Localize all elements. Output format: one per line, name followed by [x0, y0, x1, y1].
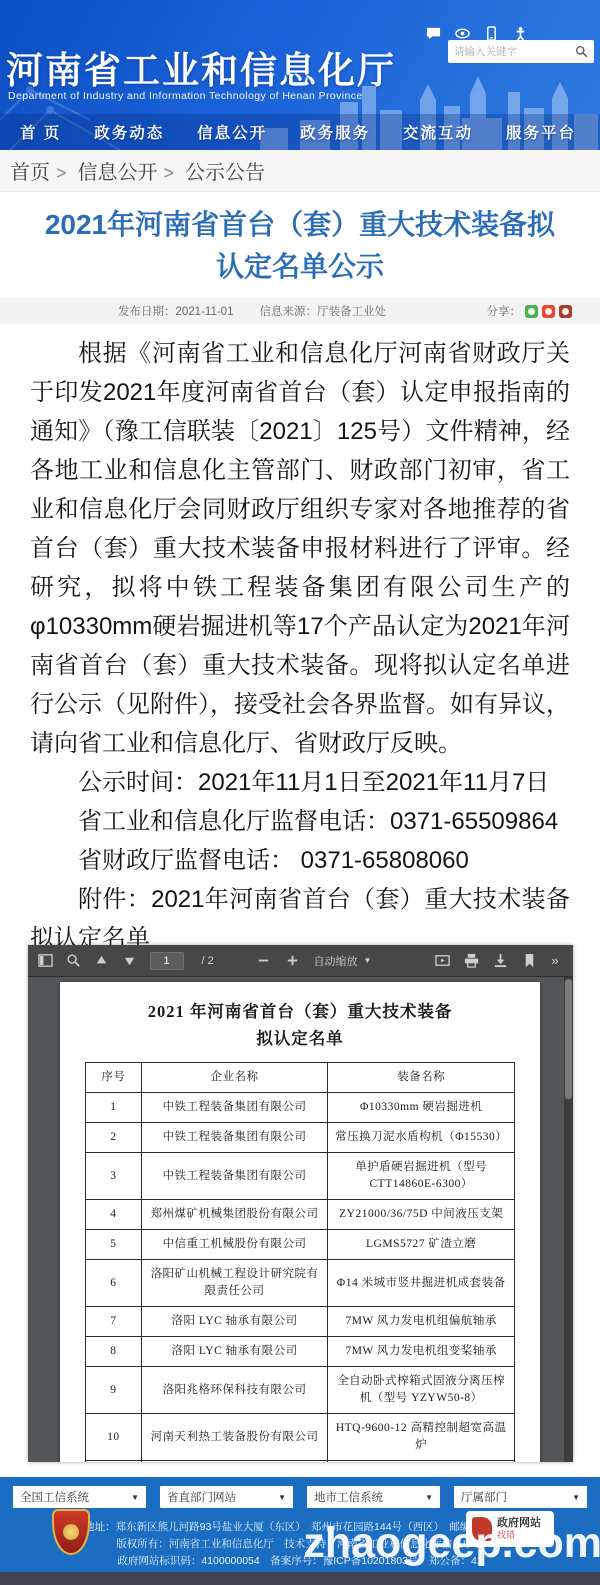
- find-icon[interactable]: [66, 953, 81, 968]
- table-header-row: 序号 企业名称 装备名称: [86, 1063, 515, 1093]
- footer-select-label: 省直部门网站: [167, 1489, 236, 1505]
- nav-item[interactable]: 政务动态: [94, 121, 164, 143]
- badge-subtext: 找错: [497, 1530, 541, 1541]
- cell-equipment: 7MW 风力发电机组偏航轴承: [328, 1307, 515, 1337]
- share-weibo-icon[interactable]: [542, 305, 555, 318]
- chevron-down-icon: ▼: [572, 1493, 580, 1502]
- cell-company: 洛阳矿山机械工程设计研究院有限责任公司: [141, 1260, 328, 1307]
- share-wechat-icon[interactable]: [525, 305, 538, 318]
- footer-select[interactable]: 全国工信系统 ▼: [13, 1486, 146, 1508]
- publish-date: 发布日期：2021-11-01: [118, 303, 233, 319]
- bookmark-icon[interactable]: [522, 953, 537, 968]
- footer-select[interactable]: 厅属部门 ▼: [454, 1486, 587, 1508]
- cell-equipment: RQT5-7800-13 超低排放调质炉: [328, 1461, 515, 1463]
- cell-equipment: 单护盾硬岩掘进机（型号 CTT14860E-6300）: [328, 1153, 515, 1200]
- cell-seq: 3: [86, 1153, 142, 1200]
- article-paragraph: 省工业和信息化厅监督电话：0371-65509864: [30, 802, 570, 841]
- cell-equipment: 全自动卧式榨箱式固液分离压榨机（型号 YZYW50-8）: [328, 1367, 515, 1414]
- cell-equipment: LGMS5727 矿渣立磨: [328, 1230, 515, 1260]
- cell-company: 郑州煤矿机械集团股份有限公司: [141, 1200, 328, 1230]
- cell-company: 中铁工程装备集团有限公司: [141, 1153, 328, 1200]
- table-row: 2 中铁工程装备集团有限公司 常压换刀泥水盾构机（Φ15530）: [86, 1123, 515, 1153]
- chevron-down-icon: ▼: [364, 956, 372, 965]
- pdf-toolbar-center: 自动缩放 ▼: [256, 953, 372, 969]
- table-row: 11 河南天利热工装备股份有限公司 RQT5-7800-13 超低排放调质炉: [86, 1461, 515, 1463]
- footer-select-label: 厅属部门: [461, 1489, 507, 1505]
- article-paragraph: 根据《河南省工业和信息化厅河南省财政厅关于印发2021年度河南省首台（套）认定申…: [30, 334, 570, 763]
- pdf-scrollbar-thumb[interactable]: [565, 979, 572, 1099]
- cell-equipment: 常压换刀泥水盾构机（Φ15530）: [328, 1123, 515, 1153]
- table-row: 5 中信重工机械股份有限公司 LGMS5727 矿渣立磨: [86, 1230, 515, 1260]
- pdf-toolbar-right: »: [435, 953, 562, 968]
- cell-seq: 10: [86, 1414, 142, 1461]
- footer-select-label: 全国工信系统: [20, 1489, 89, 1505]
- table-row: 8 洛阳 LYC 轴承有限公司 7MW 风力发电机组变桨轴承: [86, 1337, 515, 1367]
- table-row: 4 郑州煤矿机械集团股份有限公司 ZY21000/36/75D 中间液压支架: [86, 1200, 515, 1230]
- article-paragraph: 公示时间：2021年11月1日至2021年11月7日: [30, 763, 570, 802]
- cell-company: 中铁工程装备集团有限公司: [141, 1093, 328, 1123]
- cell-seq: 1: [86, 1093, 142, 1123]
- cell-seq: 6: [86, 1260, 142, 1307]
- table-row: 9 洛阳兆格环保科技有限公司 全自动卧式榨箱式固液分离压榨机（型号 YZYW50…: [86, 1367, 515, 1414]
- chevron-down-icon: ▼: [425, 1493, 433, 1502]
- breadcrumb-item[interactable]: 公示公告: [158, 156, 266, 185]
- pdf-toolbar-left: / 2: [38, 952, 214, 970]
- nav-item[interactable]: 信息公开: [197, 121, 267, 143]
- info-source: 信息来源：厅装备工业处: [259, 303, 386, 319]
- table-row: 7 洛阳 LYC 轴承有限公司 7MW 风力发电机组偏航轴承: [86, 1307, 515, 1337]
- cell-company: 洛阳兆格环保科技有限公司: [141, 1367, 328, 1414]
- cell-equipment: Φ14 米城市竖井掘进机成套装备: [328, 1260, 515, 1307]
- cell-company: 中信重工机械股份有限公司: [141, 1230, 328, 1260]
- cell-equipment: Φ10330mm 硬岩掘进机: [328, 1093, 515, 1123]
- footer: 全国工信系统 ▼ 省直部门网站 ▼ 地市工信系统 ▼ 厅属部门: [0, 1477, 600, 1572]
- cell-seq: 11: [86, 1461, 142, 1463]
- page-title: 2021年河南省首台（套）重大技术装备拟认定名单公示: [0, 192, 600, 288]
- cell-seq: 5: [86, 1230, 142, 1260]
- page-count-label: / 2: [202, 955, 214, 967]
- breadcrumb: 首页 信息公开 公示公告: [0, 150, 600, 192]
- table-header-cell: 装备名称: [328, 1063, 515, 1093]
- chat-icon[interactable]: [426, 26, 441, 40]
- footer-select[interactable]: 省直部门网站 ▼: [160, 1486, 293, 1508]
- cell-equipment: HTQ-9600-12 高精控制超宽高温炉: [328, 1414, 515, 1461]
- info-source-value: 厅装备工业处: [317, 306, 386, 318]
- cell-seq: 8: [86, 1337, 142, 1367]
- footer-select-label: 地市工信系统: [314, 1489, 383, 1505]
- search-box: [448, 40, 594, 63]
- more-tools-icon[interactable]: »: [551, 954, 558, 967]
- table-header-cell: 企业名称: [141, 1063, 328, 1093]
- search-input[interactable]: [454, 46, 575, 58]
- accessibility-icon[interactable]: [513, 26, 528, 40]
- badge-text: 政府网站: [497, 1517, 541, 1530]
- article-paragraph: 附件：2021年河南省首台（套）重大技术装备拟认定名单: [30, 880, 570, 945]
- print-icon[interactable]: [464, 953, 479, 968]
- nav-item[interactable]: 服务平台: [506, 121, 576, 143]
- cell-company: 中铁工程装备集团有限公司: [141, 1123, 328, 1153]
- article-paragraph: 省财政厅监督电话： 0371-65808060: [30, 841, 570, 880]
- table-row: 1 中铁工程装备集团有限公司 Φ10330mm 硬岩掘进机: [86, 1093, 515, 1123]
- pdf-toolbar: / 2 自动缩放 ▼: [28, 945, 573, 977]
- pdf-scrollbar[interactable]: [564, 977, 573, 1462]
- presentation-mode-icon[interactable]: [435, 953, 450, 968]
- cell-seq: 7: [86, 1307, 142, 1337]
- page: 河南省工业和信息化厅 Department of Industry and In…: [0, 0, 600, 1585]
- shield-emblem: [63, 1524, 79, 1540]
- footer-select[interactable]: 地市工信系统 ▼: [307, 1486, 440, 1508]
- mobile-icon[interactable]: [484, 26, 499, 40]
- article-body: 根据《河南省工业和信息化厅河南省财政厅关于印发2021年度河南省首台（套）认定申…: [0, 324, 600, 945]
- gov-site-badge[interactable]: 政府网站 找错: [466, 1511, 554, 1547]
- cell-equipment: ZY21000/36/75D 中间液压支架: [328, 1200, 515, 1230]
- table-header-cell: 序号: [86, 1063, 142, 1093]
- main-nav: 首 页 政务动态 信息公开 政务服务 交流互动 服务平台: [0, 114, 600, 150]
- eye-icon[interactable]: [455, 26, 470, 40]
- cell-seq: 2: [86, 1123, 142, 1153]
- cell-company: 洛阳 LYC 轴承有限公司: [141, 1337, 328, 1367]
- nav-item[interactable]: 交流互动: [403, 121, 473, 143]
- page-up-icon[interactable]: [94, 953, 109, 968]
- doc-title-line2: 拟认定名单: [84, 1025, 516, 1052]
- pdf-viewer: / 2 自动缩放 ▼: [28, 945, 573, 1462]
- share-bar: 分享：: [487, 303, 573, 319]
- page-number-input[interactable]: [150, 952, 184, 970]
- pdf-page: 2021 年河南省首台（套）重大技术装备 拟认定名单 序号 企业名称 装备名称: [60, 982, 540, 1462]
- table-row: 3 中铁工程装备集团有限公司 单护盾硬岩掘进机（型号 CTT14860E-630…: [86, 1153, 515, 1200]
- cell-seq: 4: [86, 1200, 142, 1230]
- download-icon[interactable]: [493, 953, 508, 968]
- badge-mark-icon: [472, 1517, 492, 1541]
- pdf-content-area: 2021 年河南省首台（套）重大技术装备 拟认定名单 序号 企业名称 装备名称: [28, 977, 573, 1462]
- zoom-in-icon[interactable]: [285, 953, 300, 968]
- cell-company: 洛阳 LYC 轴承有限公司: [141, 1307, 328, 1337]
- nav-item[interactable]: 政务服务: [300, 121, 370, 143]
- nav-item[interactable]: 首 页: [20, 121, 61, 143]
- bottom-strip: [0, 1572, 600, 1585]
- breadcrumb-item[interactable]: 首页: [10, 156, 50, 185]
- footer-link-selects: 全国工信系统 ▼ 省直部门网站 ▼ 地市工信系统 ▼ 厅属部门: [0, 1486, 600, 1508]
- cell-company: 河南天利热工装备股份有限公司: [141, 1414, 328, 1461]
- chevron-down-icon: ▼: [131, 1493, 139, 1502]
- equipment-table: 序号 企业名称 装备名称 1 中铁工程装备集团有限公司: [85, 1062, 515, 1462]
- footer-wrap: 全国工信系统 ▼ 省直部门网站 ▼ 地市工信系统 ▼ 厅属部门: [0, 1477, 600, 1585]
- share-label: 分享：: [487, 303, 522, 319]
- page-down-icon[interactable]: [122, 953, 137, 968]
- zoom-out-icon[interactable]: [256, 953, 271, 968]
- article-meta: 发布日期：2021-11-01 信息来源：厅装备工业处 分享：: [0, 298, 600, 324]
- publish-date-label: 发布日期：: [118, 306, 176, 318]
- cell-seq: 9: [86, 1367, 142, 1414]
- publish-date-value: 2021-11-01: [176, 306, 234, 318]
- article: 2021年河南省首台（套）重大技术装备拟认定名单公示 发布日期：2021-11-…: [0, 192, 600, 945]
- chevron-down-icon: ▼: [278, 1493, 286, 1502]
- cell-company: 河南天利热工装备股份有限公司: [141, 1461, 328, 1463]
- cell-equipment: 7MW 风力发电机组变桨轴承: [328, 1337, 515, 1367]
- footer-icp: 政府网站标识码：4100000054 备案序号：豫ICP备10201803号 郑…: [0, 1553, 600, 1570]
- info-source-label: 信息来源：: [259, 306, 317, 318]
- header-quick-icons: [426, 26, 528, 40]
- doc-title-line1: 2021 年河南省首台（套）重大技术装备: [84, 998, 516, 1025]
- table-row: 10 河南天利热工装备股份有限公司 HTQ-9600-12 高精控制超宽高温炉: [86, 1414, 515, 1461]
- search-icon[interactable]: [575, 45, 588, 58]
- share-qq-icon[interactable]: [559, 305, 572, 318]
- zoom-mode-label: 自动缩放: [314, 953, 358, 969]
- breadcrumb-item[interactable]: 信息公开: [50, 156, 158, 185]
- zoom-mode-select[interactable]: 自动缩放 ▼: [314, 953, 372, 969]
- site-header: 河南省工业和信息化厅 Department of Industry and In…: [0, 0, 600, 150]
- table-row: 6 洛阳矿山机械工程设计研究院有限责任公司 Φ14 米城市竖井掘进机成套装备: [86, 1260, 515, 1307]
- sidebar-toggle-icon[interactable]: [38, 953, 53, 968]
